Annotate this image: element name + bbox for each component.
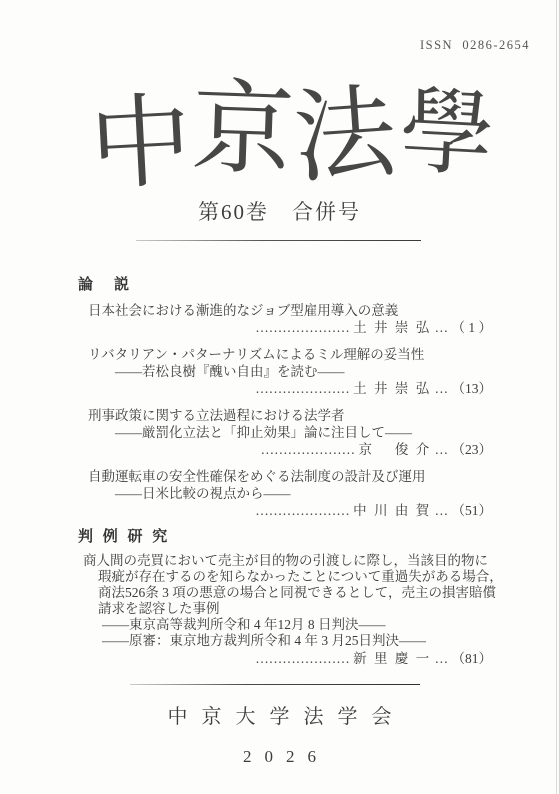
entry-title: 自動運転車の安全性確保をめぐる法制度の設計及び運用 bbox=[78, 468, 492, 485]
case-title-line: 商人間の売買において売主が目的物の引渡しに際し，当該目的物に bbox=[78, 553, 492, 569]
top-divider bbox=[136, 240, 421, 241]
scan-edge-artifact bbox=[556, 0, 557, 794]
author-name: 土 井 崇 弘 bbox=[353, 320, 431, 335]
entry-title: 日本社会における漸進的なジョブ型雇用導入の意義 bbox=[78, 302, 492, 319]
page-number: （51） bbox=[452, 503, 493, 518]
author-line: ………………… 土 井 崇 弘 … （ 1 ） bbox=[78, 319, 492, 336]
toc-entry: 自動運転車の安全性確保をめぐる法制度の設計及び運用 ——日米比較の視点から—— … bbox=[78, 468, 492, 519]
case-judgment-line: ——東京高等裁判所令和 4 年12月 8 日判決—— bbox=[78, 617, 492, 633]
bottom-divider bbox=[130, 684, 420, 685]
entry-subtitle: ——厳罰化立法と「抑止効果」論に注目して—— bbox=[78, 424, 492, 441]
leader-tail: … bbox=[431, 503, 451, 518]
section-heading-articles: 論 説 bbox=[78, 277, 492, 294]
title-char-2: 京 bbox=[190, 78, 295, 183]
title-char-1: 中 bbox=[87, 91, 194, 198]
publication-year: 2026 bbox=[0, 747, 559, 767]
toc-entry: 日本社会における漸進的なジョブ型雇用導入の意義 ………………… 土 井 崇 弘 … bbox=[78, 302, 492, 336]
author-line: ………………… 京 俊 介 … （23） bbox=[78, 441, 492, 458]
leader-dots: ………………… bbox=[255, 381, 350, 396]
case-title-line: 商法526条 3 項の悪意の場合と同視できるとして，売主の損害賠償 bbox=[78, 585, 492, 601]
toc-entry: リバタリアン・パターナリズムによるミル理解の妥当性 ——若松良樹『醜い自由』を読… bbox=[78, 346, 492, 397]
title-char-4: 學 bbox=[398, 86, 497, 185]
leader-dots: ………………… bbox=[261, 442, 356, 457]
leader-tail: … bbox=[431, 320, 451, 335]
leader-dots: ………………… bbox=[255, 320, 350, 335]
volume-label: 第60巻 合併号 bbox=[0, 196, 559, 226]
case-title-line: 請求を認容した事例 bbox=[78, 601, 492, 617]
author-name: 京 俊 介 bbox=[359, 442, 432, 457]
page-number: （23） bbox=[452, 442, 493, 457]
page-number: （13） bbox=[452, 381, 493, 396]
section-heading-case-study: 判 例 研 究 bbox=[78, 529, 492, 546]
journal-title: 中 京 法 學 bbox=[90, 70, 475, 200]
publisher-name: 中京大学法学会 bbox=[0, 700, 559, 729]
entry-title: リバタリアン・パターナリズムによるミル理解の妥当性 bbox=[78, 346, 492, 363]
author-name: 新 里 慶 一 bbox=[353, 651, 431, 666]
entry-subtitle: ——日米比較の視点から—— bbox=[78, 485, 492, 502]
title-char-3: 法 bbox=[291, 83, 400, 192]
case-judgment-line: ——原審：東京地方裁判所令和 4 年 3 月25日判決—— bbox=[78, 633, 492, 649]
author-line: ………………… 中 川 由 賀 … （51） bbox=[78, 502, 492, 519]
table-of-contents: 論 説 日本社会における漸進的なジョブ型雇用導入の意義 ………………… 土 井 … bbox=[78, 277, 492, 677]
journal-cover-page: ISSN 0286-2654 中 京 法 學 第60巻 合併号 論 説 日本社会… bbox=[0, 0, 559, 794]
toc-entry-case-study: 商人間の売買において売主が目的物の引渡しに際し，当該目的物に 瑕疵が存在するのを… bbox=[78, 553, 492, 667]
entry-subtitle: ——若松良樹『醜い自由』を読む—— bbox=[78, 363, 492, 380]
leader-tail: … bbox=[431, 381, 451, 396]
case-title-line: 瑕疵が存在するのを知らなかったことについて重過失がある場合， bbox=[78, 569, 492, 585]
author-name: 土 井 崇 弘 bbox=[353, 381, 431, 396]
page-number: （81） bbox=[452, 651, 493, 666]
author-name: 中 川 由 賀 bbox=[353, 503, 431, 518]
toc-entry: 刑事政策に関する立法過程における法学者 ——厳罰化立法と「抑止効果」論に注目して… bbox=[78, 407, 492, 458]
author-line: ………………… 新 里 慶 一 … （81） bbox=[78, 650, 492, 667]
leader-dots: ………………… bbox=[255, 651, 350, 666]
author-line: ………………… 土 井 崇 弘 … （13） bbox=[78, 380, 492, 397]
entry-title: 刑事政策に関する立法過程における法学者 bbox=[78, 407, 492, 424]
page-number: （ 1 ） bbox=[452, 320, 493, 335]
leader-tail: … bbox=[431, 651, 451, 666]
leader-dots: ………………… bbox=[255, 503, 350, 518]
issn-label: ISSN 0286-2654 bbox=[420, 38, 530, 53]
leader-tail: … bbox=[431, 442, 451, 457]
